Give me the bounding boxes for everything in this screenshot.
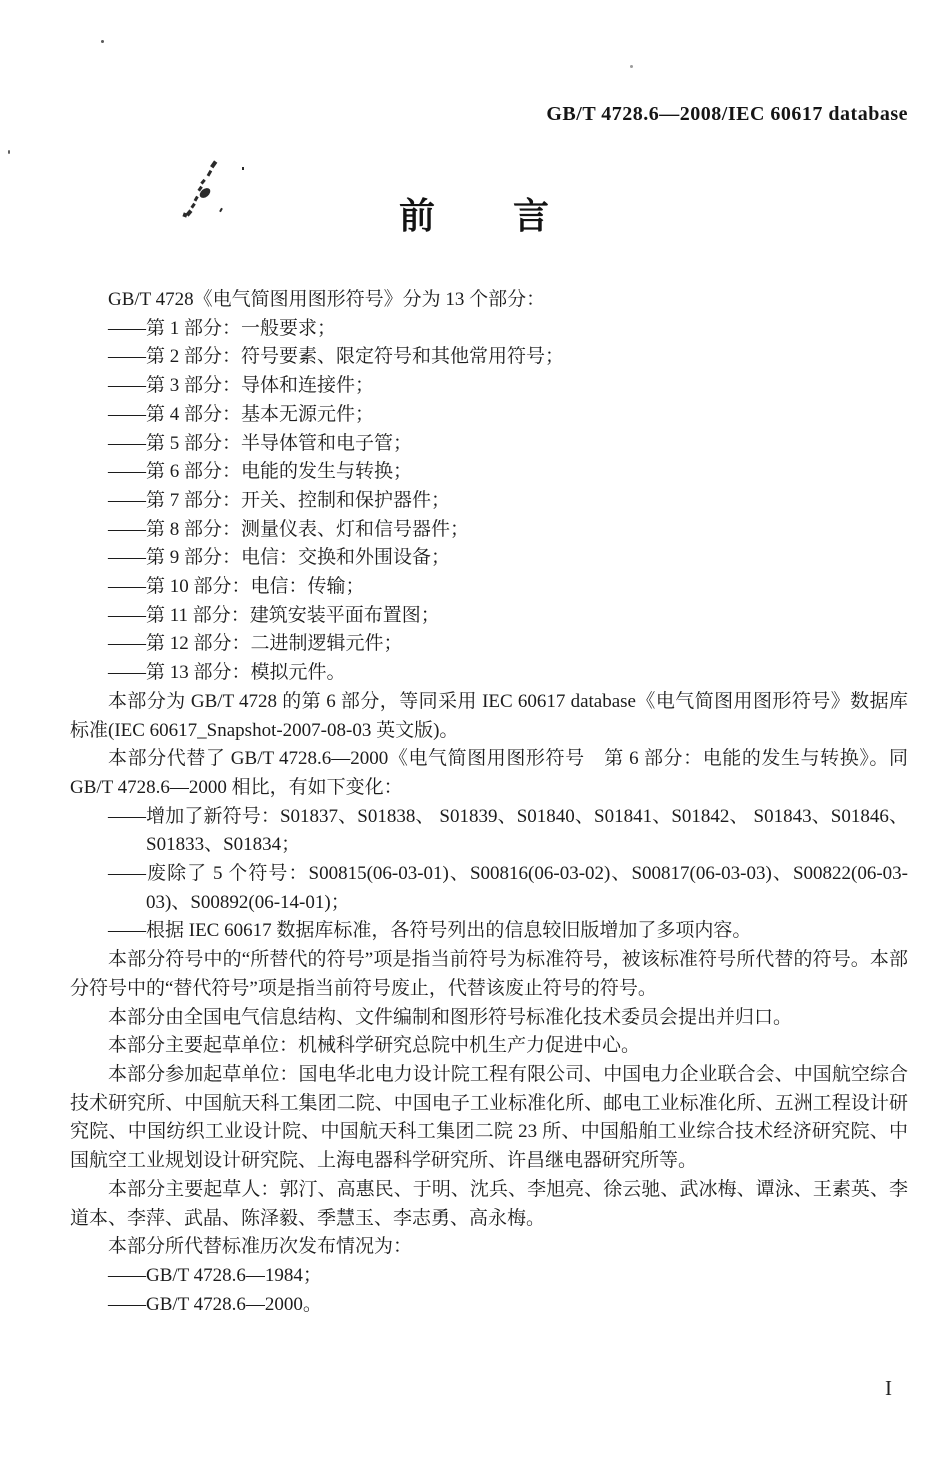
standard-designation: GB/T 4728.6—2008/IEC 60617 database	[0, 103, 908, 126]
intro-paragraph: GB/T 4728《电气简图用图形符号》分为 13 个部分：	[70, 286, 908, 315]
history-list-item: ——GB/T 4728.6—1984；	[70, 1262, 908, 1291]
part-list-item: ——第 2 部分：符号要素、限定符号和其他常用符号；	[70, 343, 908, 372]
scan-speck	[101, 40, 104, 43]
drafters-paragraph: 本部分主要起草人：郭汀、高惠民、于明、沈兵、李旭亮、徐云驰、武冰梅、谭泳、王素英…	[70, 1176, 908, 1233]
foreword-body: GB/T 4728《电气简图用图形符号》分为 13 个部分： ——第 1 部分：…	[70, 286, 908, 1319]
part-list-item: ——第 10 部分：电信：传输；	[70, 573, 908, 602]
part-list-item: ——第 5 部分：半导体管和电子管；	[70, 430, 908, 459]
part-list-item: ——第 9 部分：电信：交换和外围设备；	[70, 544, 908, 573]
committee-paragraph: 本部分由全国电气信息结构、文件编制和图形符号标准化技术委员会提出并归口。	[70, 1004, 908, 1033]
participating-orgs-paragraph: 本部分参加起草单位：国电华北电力设计院工程有限公司、中国电力企业联合会、中国航空…	[70, 1061, 908, 1176]
part-list-item: ——第 4 部分：基本无源元件；	[70, 401, 908, 430]
change-list-item: ——根据 IEC 60617 数据库标准，各符号列出的信息较旧版增加了多项内容。	[70, 917, 908, 946]
adoption-paragraph: 本部分为 GB/T 4728 的第 6 部分，等同采用 IEC 60617 da…	[70, 688, 908, 745]
change-list-item: ——增加了新符号：S01837、S01838、 S01839、S01840、S0…	[70, 803, 908, 860]
history-intro-paragraph: 本部分所代替标准历次发布情况为：	[70, 1233, 908, 1262]
part-list-item: ——第 11 部分：建筑安装平面布置图；	[70, 602, 908, 631]
change-list-item: ——废除了 5 个符号：S00815(06-03-01)、S00816(06-0…	[70, 860, 908, 917]
document-page: GB/T 4728.6—2008/IEC 60617 database 前 言 …	[0, 0, 950, 1461]
part-list-item: ——第 3 部分：导体和连接件；	[70, 372, 908, 401]
part-list-item: ——第 6 部分：电能的发生与转换；	[70, 458, 908, 487]
page-title: 前 言	[0, 188, 950, 239]
part-list-item: ——第 8 部分：测量仪表、灯和信号器件；	[70, 516, 908, 545]
scan-speck	[8, 150, 10, 154]
main-drafting-org-paragraph: 本部分主要起草单位：机械科学研究总院中机生产力促进中心。	[70, 1032, 908, 1061]
part-list-item: ——第 13 部分：模拟元件。	[70, 659, 908, 688]
history-list-item: ——GB/T 4728.6—2000。	[70, 1291, 908, 1320]
part-list-item: ——第 7 部分：开关、控制和保护器件；	[70, 487, 908, 516]
replacement-paragraph: 本部分代替了 GB/T 4728.6—2000《电气简图用图形符号 第 6 部分…	[70, 745, 908, 802]
page-number: I	[885, 1376, 892, 1401]
scan-speck	[630, 65, 633, 68]
part-list-item: ——第 1 部分：一般要求；	[70, 315, 908, 344]
symbols-note-paragraph: 本部分符号中的“所替代的符号”项是指当前符号为标准符号，被该标准符号所代替的符号…	[70, 946, 908, 1003]
part-list-item: ——第 12 部分：二进制逻辑元件；	[70, 630, 908, 659]
